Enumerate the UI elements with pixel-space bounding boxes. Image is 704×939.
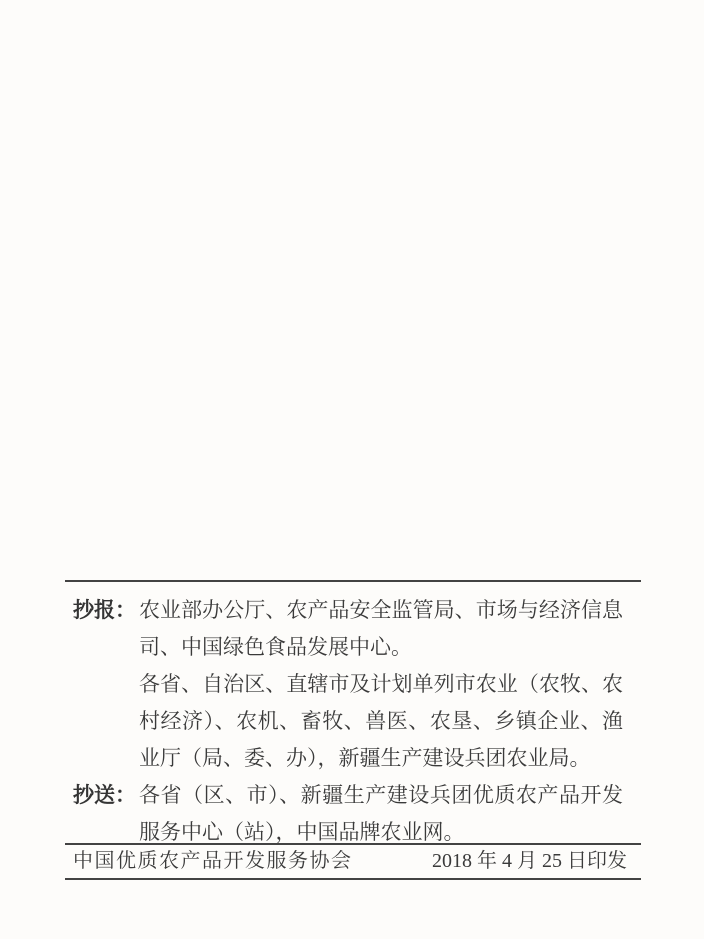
cc-send-label: 抄送： [73, 777, 139, 814]
cc-report-line: 各省、自治区、直辖市及计划单列市农业（农牧、农 [139, 666, 623, 703]
cc-report-line: 业厅（局、委、办），新疆生产建设兵团农业局。 [139, 740, 623, 777]
cc-report-line: 村经济）、农机、畜牧、兽医、农垦、乡镇企业、渔 [139, 703, 623, 740]
colophon-row: 中国优质农产品开发服务协会 2018 年 4 月 25 日印发 [73, 845, 627, 878]
cc-send-line: 各省（区、市）、新疆生产建设兵团优质农产品开发 [139, 777, 623, 814]
document-page: 抄报： 抄送： 农业部办公厅、农产品安全监管局、市场与经济信息 司、中国绿色食品… [0, 0, 704, 939]
print-date: 2018 年 4 月 25 日印发 [432, 845, 627, 878]
cc-report-line: 司、中国绿色食品发展中心。 [139, 629, 623, 666]
divider-top [65, 580, 641, 582]
issuing-agency: 中国优质农产品开发服务协会 [73, 845, 353, 878]
divider-bottom [65, 878, 641, 880]
cc-text-block: 农业部办公厅、农产品安全监管局、市场与经济信息 司、中国绿色食品发展中心。 各省… [139, 592, 623, 851]
cc-report-line: 农业部办公厅、农产品安全监管局、市场与经济信息 [139, 592, 623, 629]
cc-report-label: 抄报： [73, 592, 139, 629]
